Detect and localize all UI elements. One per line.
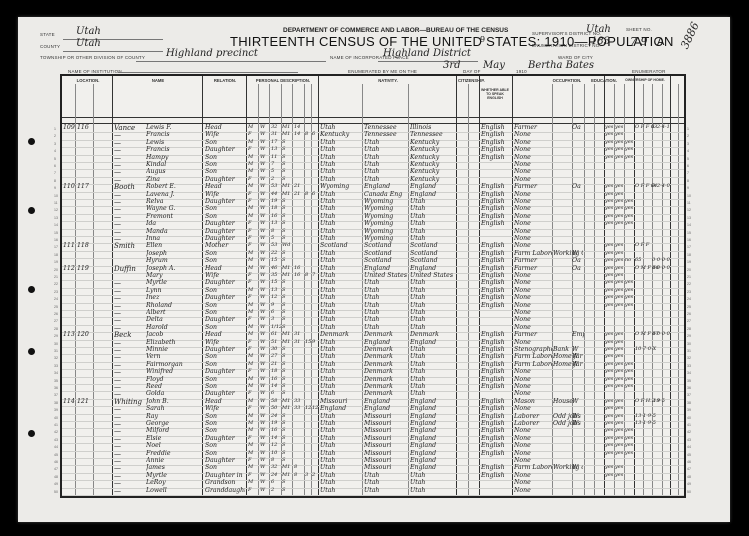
cell-given: Fairmorgan [146, 361, 201, 368]
cell-race: W [260, 139, 269, 145]
line-number: 46 [54, 460, 58, 464]
cell-emp: W [572, 398, 584, 405]
cell-x: 1-2-4-1 [652, 124, 682, 130]
cell-mpob: Utah [410, 361, 456, 368]
cell-edu: yes yes yes [605, 383, 634, 389]
cell-race: W [260, 390, 269, 396]
cell-ms: S [282, 316, 292, 322]
cell-ms: S [282, 487, 292, 493]
cell-mpob: Illinois [410, 124, 456, 131]
township-label: Township or other division of county [40, 55, 145, 60]
cell-fpob: Wyoming [364, 235, 408, 242]
cell-rel: Son [205, 154, 245, 161]
cell-eng: English [481, 368, 512, 375]
cell-eng: English [481, 346, 512, 353]
cell-race: W [260, 479, 269, 485]
line-number: 35 [54, 379, 58, 383]
cell-pob: Utah [320, 279, 362, 286]
line-number: 10 [687, 194, 691, 198]
cell-rel: Son [205, 413, 245, 420]
line-number: 7 [54, 171, 56, 175]
cell-mpob: England [410, 191, 456, 198]
cell-fpob: Utah [364, 472, 408, 479]
cell-own: O F F [635, 242, 670, 248]
cell-rel: Son [205, 353, 245, 360]
cell-given: Lynn [146, 287, 201, 294]
cell-sex: F [248, 272, 258, 278]
cell-ms: S [282, 427, 292, 433]
cell-race: W [260, 183, 269, 189]
cell-mpob: Utah [410, 309, 456, 316]
line-number: 12 [54, 208, 58, 212]
line-number: 8 [687, 179, 689, 183]
cell-edu: yes yes yes [605, 376, 634, 382]
cell-eng: English [481, 279, 512, 286]
cell-mpob: England [410, 413, 456, 420]
cell-sex: M [248, 383, 258, 389]
cell-race: W [260, 265, 269, 271]
line-number: 7 [687, 171, 689, 175]
cell-occ: None [514, 316, 552, 323]
line-number: 38 [687, 401, 691, 405]
cell-pob: Utah [320, 316, 362, 323]
cell-ms: S [282, 139, 292, 145]
cell-age: 21 [271, 361, 281, 367]
cell-age: 16 [271, 213, 281, 219]
cell-edu: yes yes [605, 242, 634, 248]
cell-sex: F [248, 228, 258, 234]
cell-rel: Son [205, 420, 245, 427]
cell-mpob: Utah [410, 324, 456, 331]
cell-fpob: Denmark [364, 346, 408, 353]
cell-ms: S [282, 161, 292, 167]
cell-rel: Daughter [205, 316, 245, 323]
state-label: State [40, 32, 55, 37]
cell-own: 13-1-9-5 [635, 413, 670, 419]
binder-hole [28, 207, 35, 214]
cell-ms: S [282, 228, 292, 234]
cell-eng: English [481, 139, 512, 146]
cell-given: Ray [146, 413, 201, 420]
cell-race: W [260, 302, 269, 308]
cell-mpob: Utah [410, 390, 456, 397]
cell-sex: F [248, 390, 258, 396]
cell-occ: None [514, 383, 552, 390]
cell-age: 22 [271, 250, 281, 256]
cell-edu: yes yes yes [605, 287, 634, 293]
cell-rel: Wife [205, 405, 245, 412]
cell-edu: yes yes [605, 131, 634, 137]
cell-fpob: Tennessee [364, 131, 408, 138]
cell-rel: Head [205, 398, 245, 405]
cell-fpob: Denmark [364, 368, 408, 375]
cell-occ: None [514, 479, 552, 486]
cell-race: W [260, 331, 269, 337]
line-number: 14 [687, 223, 691, 227]
line-number: 11 [687, 201, 691, 205]
cell-mpob: Utah [410, 205, 456, 212]
cell-rel: Daughter [205, 457, 245, 464]
cell-given: Augus [146, 168, 201, 175]
cell-age: 12 [271, 294, 281, 300]
line-number: 16 [687, 238, 691, 242]
cell-ms: S [282, 154, 292, 160]
cell-race: W [260, 124, 269, 130]
cell-pob: Utah [320, 464, 362, 471]
enumeration-value: 183 [591, 36, 610, 47]
cell-sex: M [248, 427, 258, 433]
line-number: 4 [54, 149, 56, 153]
cell-pob: Utah [320, 228, 362, 235]
line-number: 22 [687, 282, 691, 286]
cell-fam: 121 [77, 398, 93, 405]
cell-eng: English [481, 131, 512, 138]
cell-ms: Wd [282, 242, 292, 248]
cell-ms: M1 [282, 124, 292, 130]
cell-sex: M [248, 168, 258, 174]
line-number: 35 [687, 379, 691, 383]
cell-sex: F [248, 220, 258, 226]
cell-eng: English [481, 413, 512, 420]
cell-fam: 116 [77, 124, 93, 131]
cell-age: 50 [271, 405, 281, 411]
line-number: 28 [687, 327, 691, 331]
cell-edu: yes yes [605, 250, 634, 256]
line-number: 33 [54, 364, 58, 368]
cell-pob: Utah [320, 361, 362, 368]
line-number: 32 [54, 356, 58, 360]
cell-edu: yes yes [605, 183, 634, 189]
cell-eng: English [481, 435, 512, 442]
cell-age: 16 [271, 427, 281, 433]
cell-mpob: Kentucky [410, 146, 456, 153]
line-number: 30 [687, 342, 691, 346]
line-number: 22 [54, 282, 58, 286]
cell-ms: S [282, 168, 292, 174]
line-number: 15 [54, 231, 58, 235]
cell-ms: M1 [282, 272, 292, 278]
cell-pob: Utah [320, 213, 362, 220]
line-number: 46 [687, 460, 691, 464]
cell-race: W [260, 442, 269, 448]
cell-sex: F [248, 457, 258, 463]
cell-occ: None [514, 146, 552, 153]
cell-ms: S [282, 442, 292, 448]
cell-sex: F [248, 487, 258, 493]
cell-eng: English [481, 427, 512, 434]
line-number: 23 [54, 290, 58, 294]
line-number: 45 [54, 453, 58, 457]
enumerated-month: May [483, 60, 505, 71]
cell-occ: None [514, 376, 552, 383]
line-number: 20 [687, 268, 691, 272]
line-number: 25 [687, 305, 691, 309]
cell-pob: Utah [320, 302, 362, 309]
cell-given: Noel [146, 442, 201, 449]
cell-born: 12 [305, 405, 311, 411]
cell-rel: Daughter [205, 235, 245, 242]
cell-fpob: Wyoming [364, 205, 408, 212]
cell-rel: Head [205, 331, 245, 338]
cell-eng: English [481, 405, 512, 412]
cell-sex: F [248, 198, 258, 204]
cell-fpob: Scotland [364, 257, 408, 264]
cell-age: 53 [271, 242, 281, 248]
cell-occ: None [514, 191, 552, 198]
cell-edu: yes yes [605, 420, 634, 426]
cell-race: W [260, 131, 269, 137]
cell-occ: None [514, 228, 552, 235]
cell-living: 6 [312, 131, 318, 137]
cell-edu: yes yes [605, 398, 634, 404]
cell-emp: W [572, 420, 584, 427]
cell-given: Golda [146, 390, 201, 397]
cell-rel: Wife [205, 339, 245, 346]
cell-ms: S [282, 450, 292, 456]
line-number: 43 [54, 438, 58, 442]
line-number: 47 [687, 467, 691, 471]
cell-age: 18 [271, 368, 281, 374]
cell-occ: None [514, 294, 552, 301]
cell-age: 11 [271, 154, 281, 160]
line-number: 19 [54, 260, 58, 264]
cell-age: 44 [271, 191, 281, 197]
cell-race: W [260, 316, 269, 322]
cell-mpob: Utah [410, 376, 456, 383]
cell-ms: S [282, 213, 292, 219]
cell-eng: English [481, 294, 512, 301]
cell-edu: yes yes [605, 339, 634, 345]
cell-age: 5 [271, 235, 281, 241]
cell-pob: Utah [320, 139, 362, 146]
cell-rel: Granddaughter [205, 487, 245, 494]
cell-age: 19 [271, 420, 281, 426]
cell-mpob: England [410, 427, 456, 434]
cell-fpob: Denmark [364, 361, 408, 368]
cell-given: George [146, 420, 201, 427]
cell-ms: S [282, 279, 292, 285]
cell-given: Fremont [146, 213, 201, 220]
cell-yrs: 8 [294, 464, 304, 470]
cell-fpob: Utah [364, 146, 408, 153]
cell-mpob: England [410, 398, 456, 405]
cell-fpob: Missouri [364, 457, 408, 464]
line-number: 49 [687, 482, 691, 486]
cell-mpob: Denmark [410, 331, 456, 338]
cell-eng: English [481, 124, 512, 131]
line-number: 31 [687, 349, 691, 353]
cell-mpob: Kentucky [410, 161, 456, 168]
cell-rel: Daughter [205, 198, 245, 205]
cell-given: Lewis [146, 139, 201, 146]
cell-sex: M [248, 265, 258, 271]
line-number: 4 [687, 149, 689, 153]
cell-eng: English [481, 205, 512, 212]
cell-emp: W [572, 413, 584, 420]
cell-ms: M1 [282, 464, 292, 470]
cell-sex: M [248, 309, 258, 315]
cell-given: Reed [146, 383, 201, 390]
cell-edu: yes yes yes [605, 450, 634, 456]
line-number: 38 [54, 401, 58, 405]
cell-rel: Daughter in law [205, 472, 245, 479]
cell-eng: English [481, 339, 512, 346]
cell-rel: Wife [205, 272, 245, 279]
cell-race: W [260, 376, 269, 382]
cell-mpob: England [410, 457, 456, 464]
cell-given: James [146, 464, 201, 471]
cell-fpob: Missouri [364, 450, 408, 457]
census-table: Location. Name Relation. Personal Descri… [60, 74, 686, 498]
cell-fpob: Utah [364, 487, 408, 494]
cell-fam: 117 [77, 183, 93, 190]
cell-eng: English [481, 287, 512, 294]
cell-fpob: Utah [364, 154, 408, 161]
cell-ms: M1 [282, 472, 292, 478]
col-language: Whether able to speak English [480, 88, 510, 100]
cell-eng: English [481, 250, 512, 257]
sheet-label: Sheet No. [626, 27, 652, 32]
margin-note: 3886 [678, 20, 702, 51]
cell-living: 9 [312, 339, 318, 345]
cell-age: 2 [271, 176, 281, 182]
cell-age: 8 [271, 457, 281, 463]
cell-age: 51 [271, 339, 281, 345]
cell-ms: S [282, 294, 292, 300]
cell-dw: 113 [63, 331, 75, 338]
cell-sex: M [248, 139, 258, 145]
cell-ms: M1 [282, 405, 292, 411]
cell-age: 32 [271, 124, 281, 130]
cell-occ: None [514, 287, 552, 294]
cell-race: W [260, 242, 269, 248]
line-number: 29 [687, 334, 691, 338]
cell-mpob: Utah [410, 228, 456, 235]
cell-fpob: England [364, 339, 408, 346]
cell-mpob: England [410, 405, 456, 412]
cell-emp: Oa [572, 265, 584, 272]
cell-fpob: Missouri [364, 427, 408, 434]
cell-mpob: England [410, 265, 456, 272]
cell-given: Rholand [146, 302, 201, 309]
cell-given: Inez [146, 294, 201, 301]
cell-emp: Oa [572, 124, 584, 131]
cell-sex: M [248, 213, 258, 219]
cell-living: 7 [312, 272, 318, 278]
cell-ms: S [282, 457, 292, 463]
cell-pob: Utah [320, 287, 362, 294]
cell-age: 5 [271, 168, 281, 174]
col-ownership: Ownership of Home. [625, 78, 665, 82]
cell-occ: None [514, 220, 552, 227]
line-number: 26 [54, 312, 58, 316]
cell-race: W [260, 413, 269, 419]
cell-ms: S [282, 250, 292, 256]
cell-edu: yes yes [605, 405, 634, 411]
cell-sex: F [248, 368, 258, 374]
cell-race: W [260, 272, 269, 278]
cell-occ: Farmer [514, 257, 552, 264]
cell-age: 6 [271, 309, 281, 315]
cell-mpob: Kentucky [410, 154, 456, 161]
cell-yrs: 16 [294, 265, 304, 271]
cell-given: Elsie [146, 435, 201, 442]
cell-ms: S [282, 235, 292, 241]
cell-mpob: Utah [410, 235, 456, 242]
cell-dw: 112 [63, 265, 75, 272]
cell-age: 14 [271, 435, 281, 441]
cell-fpob: Utah [364, 139, 408, 146]
cell-pob: Denmark [320, 331, 362, 338]
cell-fpob: Utah [364, 168, 408, 175]
cell-mpob: Utah [410, 383, 456, 390]
cell-age: 9 [271, 302, 281, 308]
cell-age: 17 [271, 139, 281, 145]
cell-edu: yes yes yes [605, 368, 634, 374]
sheet-number: 7 9 [630, 35, 648, 48]
cell-given: Myrtle [146, 472, 201, 479]
cell-ms: M1 [282, 331, 292, 337]
cell-ms: S [282, 376, 292, 382]
line-number: 40 [54, 416, 58, 420]
cell-given: Ellen [146, 242, 201, 249]
cell-yrs: 31 [294, 331, 304, 337]
cell-given: Hampy [146, 154, 201, 161]
census-sheet: State Utah County Utah Township or other… [18, 17, 730, 522]
state-value: Utah [76, 26, 101, 37]
cell-fpob: Denmark [364, 390, 408, 397]
cell-ms: S [282, 205, 292, 211]
cell-mpob: Kentucky [410, 139, 456, 146]
cell-sex: M [248, 361, 258, 367]
cell-age: 16 [271, 376, 281, 382]
cell-x: 0-0-0-0 [652, 331, 682, 337]
cell-eng: English [481, 191, 512, 198]
line-number: 48 [687, 475, 691, 479]
cell-pob: Utah [320, 272, 362, 279]
cell-given: Milford [146, 427, 201, 434]
cell-race: W [260, 346, 269, 352]
cell-eng: English [481, 398, 512, 405]
cell-ms: M1 [282, 339, 292, 345]
cell-edu: yes yes yes [605, 435, 634, 441]
cell-race: W [260, 405, 269, 411]
col-location: Location. [64, 78, 112, 83]
cell-fpob: Wyoming [364, 198, 408, 205]
cell-born: 8 [305, 272, 311, 278]
cell-sex: M [248, 420, 258, 426]
cell-sex: F [248, 279, 258, 285]
cell-born: 8 [305, 191, 311, 197]
cell-mpob: Utah [410, 198, 456, 205]
line-number: 15 [687, 231, 691, 235]
cell-mpob: Scotland [410, 257, 456, 264]
cell-occ: None [514, 427, 552, 434]
cell-sex: F [248, 146, 258, 152]
line-number: 20 [54, 268, 58, 272]
cell-fpob: Missouri [364, 420, 408, 427]
line-number: 32 [687, 356, 691, 360]
cell-pob: Utah [320, 472, 362, 479]
cell-mpob: Utah [410, 346, 456, 353]
cell-age: 6 [271, 479, 281, 485]
county-label: County [40, 44, 60, 49]
cell-eng: English [481, 257, 512, 264]
sheet-letter: A [657, 36, 664, 48]
cell-pob: Utah [320, 376, 362, 383]
cell-fpob: Missouri [364, 464, 408, 471]
county-value: Utah [76, 38, 101, 49]
